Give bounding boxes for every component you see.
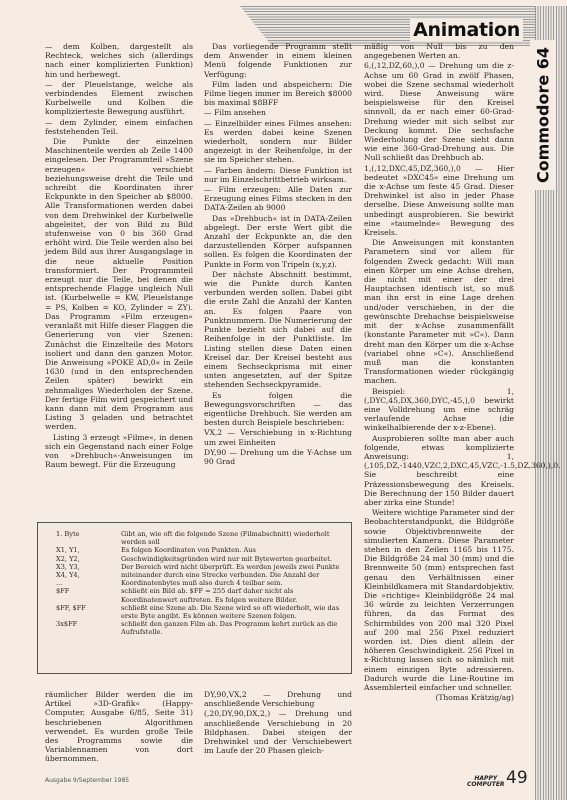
paragraph: — dem Kolben, dargestellt als Rechteck, …: [45, 42, 193, 79]
table-key: 3x$FF: [38, 620, 121, 636]
table-row: $FF, $FF schließt eine Szene ab. Die Sze…: [38, 604, 351, 620]
paragraph: — Film erzeugen: Alle Daten zur Erzeugun…: [204, 185, 352, 213]
table-row: X1, Y1, X2, Y2, X3, Y3, X4, Y4, ... Es f…: [38, 546, 351, 587]
paragraph: — dem Zylinder, einem einfachen feststeh…: [45, 118, 193, 136]
paragraph: VX,2 — Verschiebung in x-Richtung um zwe…: [204, 428, 352, 446]
paragraph: mäßig von Null bis zu den angegebenen We…: [364, 42, 514, 60]
table-value: schließt eine Szene ab. Die Szene wird s…: [121, 604, 351, 620]
article-column-2-bottom: DY,90,VX,2 — Drehung und anschließende V…: [204, 690, 352, 756]
article-column-1-bottom: räumlicher Bilder werden die im Artikel …: [45, 690, 193, 765]
paragraph: (,20,DY,90,DX,2,) — Drehung und anschlie…: [204, 709, 352, 755]
table-key: $FF: [38, 587, 121, 603]
table-value: schließt ein Bild ab. $FF = 255 darf dah…: [121, 587, 351, 603]
table-value: schließt den ganzen Film ab. Das Program…: [121, 620, 351, 636]
table-row: 3x$FF schließt den ganzen Film ab. Das P…: [38, 620, 351, 636]
article-column-1: — dem Kolben, dargestellt als Rechteck, …: [45, 42, 193, 470]
paragraph: Die Anweisungen mit konstanten Parameter…: [364, 238, 514, 385]
paragraph: Ausprobieren sollte man aber auch folgen…: [364, 434, 514, 508]
paragraph: Listing 3 erzeugt »Filme«, in denen sich…: [45, 433, 193, 470]
paragraph: — Film ansehen: [204, 108, 352, 117]
article-column-3: mäßig von Null bis zu den angegebenen We…: [364, 42, 514, 703]
film-format-table: 1. Byte Gibt an, wie oft die folgende Sz…: [37, 522, 352, 674]
paragraph: DY,90 — Drehung um die Y-Achse um 90 Gra…: [204, 448, 352, 466]
paragraph: Das vorliegende Programm stellt dem Anwe…: [204, 42, 352, 79]
table-key: 1. Byte: [38, 530, 121, 546]
vertical-label-text: Commodore 64: [534, 47, 553, 183]
section-title: Animation: [410, 19, 523, 41]
paragraph: Die Punkte der einzelnen Maschinenteile …: [45, 137, 193, 432]
paragraph: Weitere wichtige Parameter sind der Beob…: [364, 508, 514, 692]
table-key: X1, Y1, X2, Y2, X3, Y3, X4, Y4, ...: [38, 546, 121, 587]
paragraph: — der Pleuelstange, welche als verbinden…: [45, 80, 193, 117]
table-value: Gibt an, wie oft die folgende Szene (Fil…: [121, 530, 351, 546]
issue-line: Ausgabe 9/September 1985: [45, 777, 129, 784]
article-column-2: Das vorliegende Programm stellt dem Anwe…: [204, 42, 352, 467]
author-credit: (Thomas Krätzig/ag): [364, 693, 514, 702]
page-number: 49: [506, 768, 528, 788]
paragraph: Das »Drehbuch« ist in DATA-Zeilen abgele…: [204, 214, 352, 269]
paragraph: 1,(,12,DXC,45,DZ,360,),0 — Hier bedeutet…: [364, 164, 514, 238]
logo-line-2: COMPUTER: [467, 782, 505, 788]
table-value: Es folgen Koordinaten von Punkten. Aus G…: [121, 546, 351, 587]
table-row: $FF schließt ein Bild ab. $FF = 255 darf…: [38, 587, 351, 603]
paragraph: Beispiel: 1,(,DYC,45,DX,360,DYC,-45,),0 …: [364, 387, 514, 433]
magazine-logo: HAPPY COMPUTER: [467, 776, 505, 788]
paragraph: — Einzelbilder eines Filmes ansehen: Es …: [204, 119, 352, 165]
paragraph: Film laden und abspeichern: Die Filme li…: [204, 80, 352, 108]
paragraph: Es folgen die Bewegungsvorschriften — da…: [204, 391, 352, 428]
paragraph: — Farben ändern: Diese Funktion ist nur …: [204, 166, 352, 184]
paragraph: räumlicher Bilder werden die im Artikel …: [45, 690, 193, 764]
table-key: $FF, $FF: [38, 604, 121, 620]
paragraph: Der nächste Abschnitt bestimmt, wie die …: [204, 270, 352, 390]
paragraph: 6,(,12,DZ,60,),0 — Drehung um die z-Achs…: [364, 61, 514, 162]
vertical-section-label: Commodore 64: [530, 40, 556, 190]
table-row: 1. Byte Gibt an, wie oft die folgende Sz…: [38, 530, 351, 546]
paragraph: DY,90,VX,2 — Drehung und anschließende V…: [204, 690, 352, 708]
